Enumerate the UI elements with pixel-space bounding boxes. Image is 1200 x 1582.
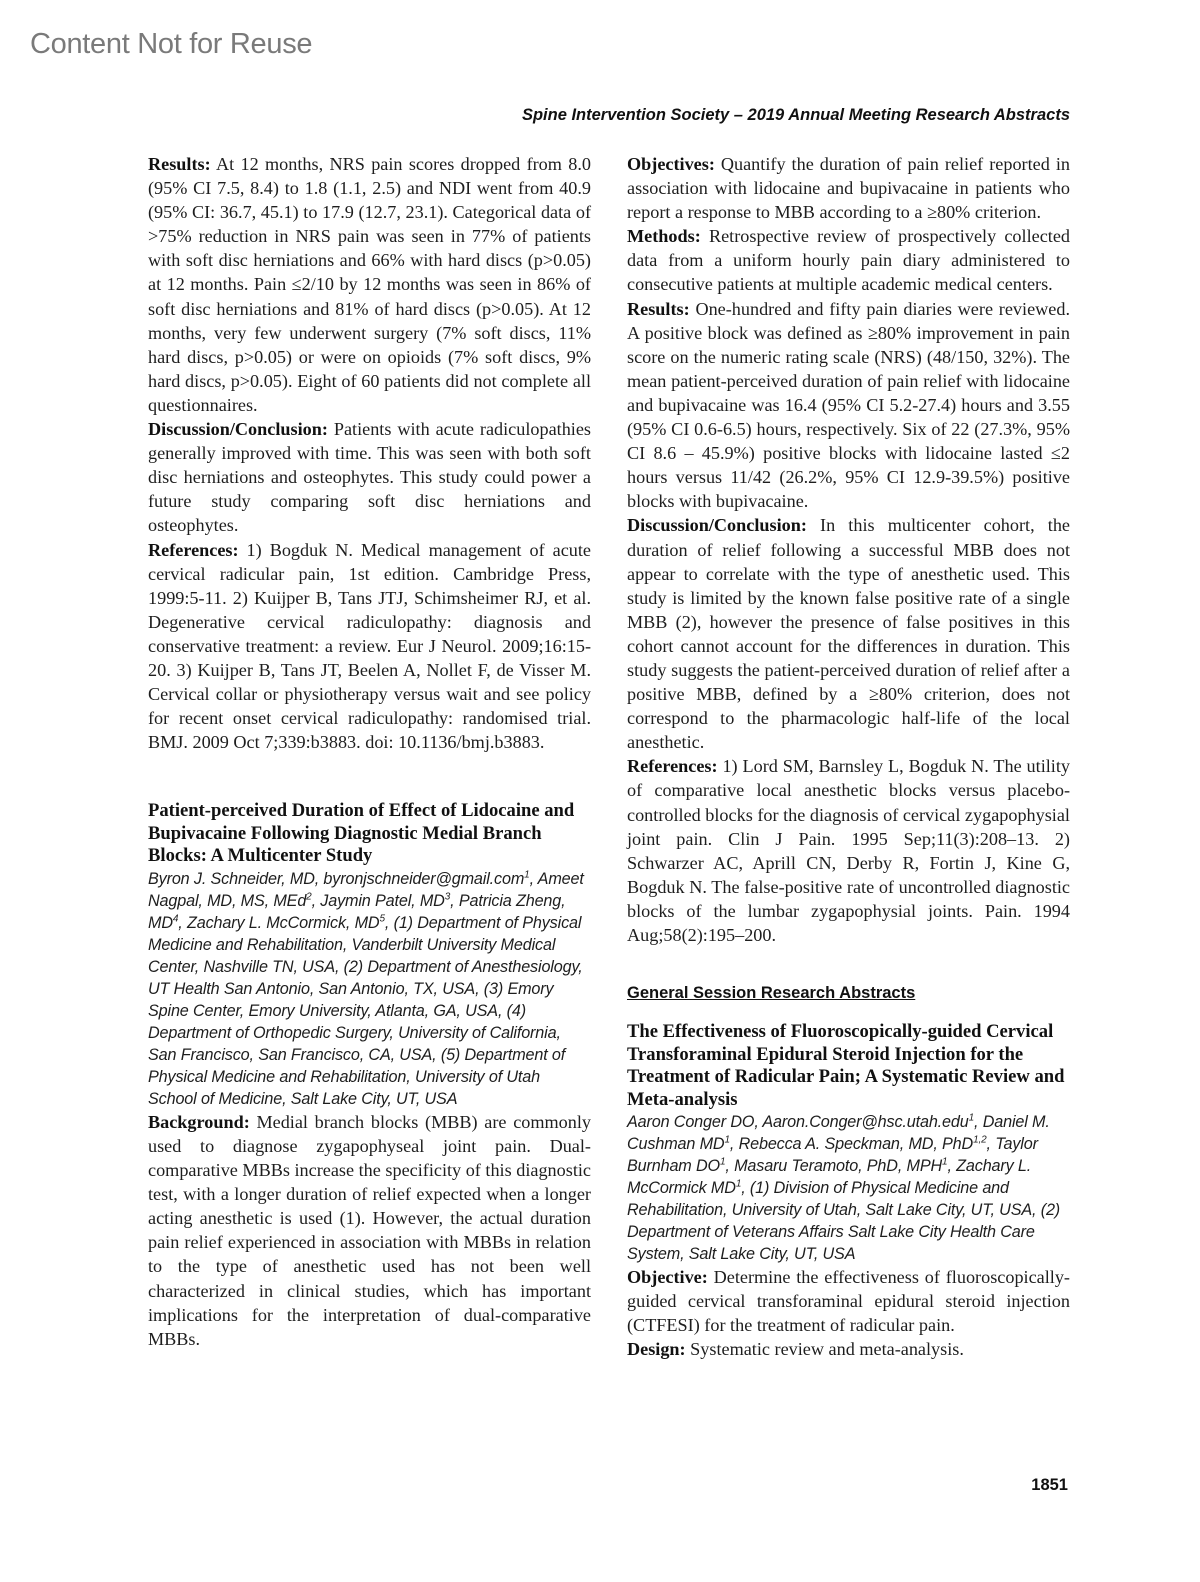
references-paragraph: References: 1) Bogduk N. Medical managem… — [148, 538, 591, 755]
references-label: References: — [148, 540, 239, 560]
results-label: Results: — [627, 299, 690, 319]
objectives-label: Objectives: — [627, 154, 715, 174]
results-label: Results: — [148, 154, 211, 174]
references-paragraph: References: 1) Lord SM, Barnsley L, Bogd… — [627, 754, 1070, 947]
author: , Rebecca A. Speckman, MD, PhD — [730, 1135, 973, 1153]
affiliation-sup: 1,2 — [973, 1135, 986, 1146]
objectives-paragraph: Objectives: Quantify the duration of pai… — [627, 152, 1070, 224]
author: , Jaymin Patel, MD — [312, 892, 445, 910]
author: Byron J. Schneider, MD, byronjschneider@… — [148, 870, 524, 888]
design-text: Systematic review and meta-analysis. — [686, 1339, 964, 1359]
results-paragraph: Results: One-hundred and fifty pain diar… — [627, 297, 1070, 514]
background-text: Medial branch blocks (MBB) are com­monly… — [148, 1112, 591, 1349]
abstract-title: The Effectiveness of Fluoroscopically-gu… — [627, 1021, 1070, 1111]
affiliations: , (1) Department of Physical Medicine an… — [148, 914, 583, 1108]
design-label: Design: — [627, 1339, 686, 1359]
discussion-paragraph: Discussion/Conclusion: Patients with acu… — [148, 417, 591, 537]
methods-label: Methods: — [627, 226, 701, 246]
running-head: Spine Intervention Society – 2019 Annual… — [460, 106, 1070, 125]
spacer — [627, 1005, 1070, 1021]
design-paragraph: Design: Systematic review and meta-analy… — [627, 1337, 1070, 1361]
results-text: At 12 months, NRS pain scores dropped fr… — [148, 154, 591, 415]
author: , Masaru Teramoto, PhD, MPH — [725, 1157, 942, 1175]
page-number: 1851 — [1000, 1476, 1068, 1495]
references-label: References: — [627, 756, 718, 776]
results-paragraph: Results: At 12 months, NRS pain scores d… — [148, 152, 591, 417]
author: , Zachary L. McCormick, MD — [178, 914, 379, 932]
author: Aaron Conger DO, Aaron.Conger@hsc.utah.e… — [627, 1113, 969, 1131]
discussion-text: In this multicenter cohort, the duration… — [627, 515, 1070, 752]
abstract-title: Patient-perceived Duration of Effect of … — [148, 800, 591, 868]
objective-label: Objective: — [627, 1267, 708, 1287]
section-heading: General Session Research Abstracts — [627, 981, 1070, 1005]
discussion-paragraph: Discussion/Conclusion: In this multicent… — [627, 513, 1070, 754]
discussion-label: Discussion/Conclusion: — [627, 515, 807, 535]
background-label: Background: — [148, 1112, 250, 1132]
background-paragraph: Background: Medial branch blocks (MBB) a… — [148, 1110, 591, 1351]
right-column: Objectives: Quantify the duration of pai… — [627, 152, 1070, 1362]
left-column: Results: At 12 months, NRS pain scores d… — [148, 152, 591, 1351]
watermark: Content Not for Reuse — [30, 28, 312, 61]
spacer — [148, 754, 591, 800]
author-list: Byron J. Schneider, MD, byronjschneider@… — [148, 868, 591, 1110]
references-text: 1) Lord SM, Barnsley L, Bogduk N. The ut… — [627, 756, 1070, 945]
objective-paragraph: Objective: Determine the effectiveness o… — [627, 1265, 1070, 1337]
author-list: Aaron Conger DO, Aaron.Conger@hsc.utah.e… — [627, 1111, 1070, 1265]
discussion-label: Discussion/Conclusion: — [148, 419, 328, 439]
spacer — [627, 947, 1070, 981]
results-text: One-hundred and fifty pain diaries were … — [627, 299, 1070, 512]
references-text: 1) Bogduk N. Medical management of acute… — [148, 540, 591, 753]
methods-paragraph: Methods: Retrospective review of prospec… — [627, 224, 1070, 296]
